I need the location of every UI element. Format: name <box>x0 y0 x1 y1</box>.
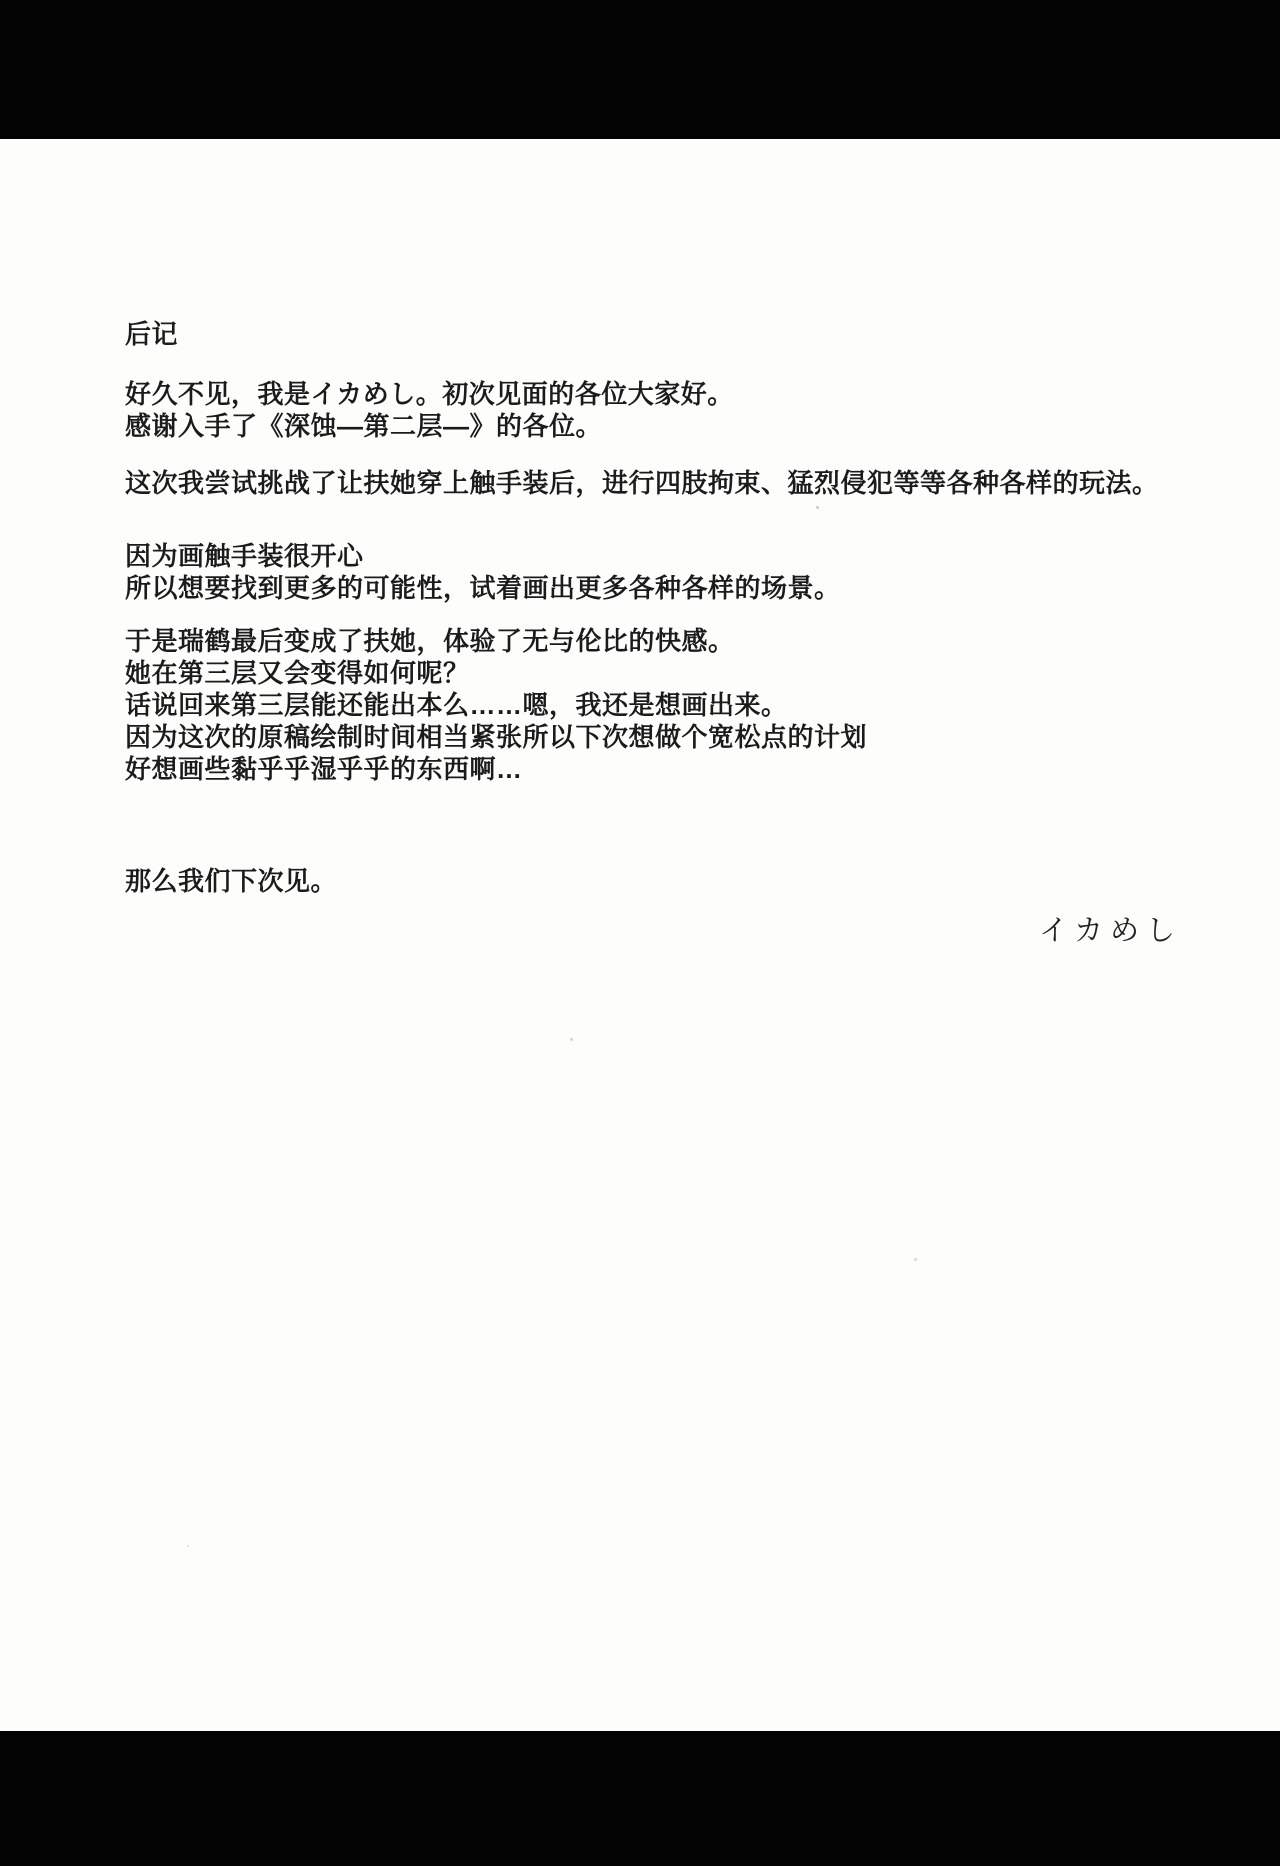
scan-speck <box>187 1545 189 1547</box>
text-line: 好想画些黏乎乎湿乎乎的东西啊… <box>125 753 1165 785</box>
text-line: 因为画触手装很开心 <box>125 540 1165 572</box>
closing-line: 那么我们下次见。 <box>125 865 1165 897</box>
scan-border-bottom <box>0 1731 1280 1866</box>
text-line: 她在第三层又会变得如何呢？ <box>125 657 1165 689</box>
text-line: 话说回来第三层能还能出本么……嗯，我还是想画出来。 <box>125 689 1165 721</box>
afterword-paragraph-theme: 这次我尝试挑战了让扶她穿上触手装后，进行四肢拘束、猛烈侵犯等等各种各样的玩法。 <box>125 467 1165 499</box>
text-line: 这次我尝试挑战了让扶她穿上触手装后，进行四肢拘束、猛烈侵犯等等各种各样的玩法。 <box>125 467 1165 499</box>
afterword-heading: 后记 <box>125 318 1165 350</box>
text-line: 好久不见，我是イカめし。初次见面的各位大家好。 <box>125 378 1165 410</box>
text-line: 于是瑞鹤最后变成了扶她，体验了无与伦比的快感。 <box>125 625 1165 657</box>
afterword-paragraph-fun: 因为画触手装很开心 所以想要找到更多的可能性，试着画出更多各种各样的场景。 <box>125 540 1165 604</box>
text-line: 感谢入手了《深蚀—第二层—》的各位。 <box>125 410 1165 442</box>
afterword-text-column: 后记 好久不见，我是イカめし。初次见面的各位大家好。 感谢入手了《深蚀—第二层—… <box>125 318 1165 897</box>
text-line: 所以想要找到更多的可能性，试着画出更多各种各样的场景。 <box>125 572 1165 604</box>
afterword-paragraph-farewell: 那么我们下次见。 <box>125 865 1165 897</box>
scan-border-top <box>0 0 1280 139</box>
afterword-paragraph-plans: 于是瑞鹤最后变成了扶她，体验了无与伦比的快感。 她在第三层又会变得如何呢？ 话说… <box>125 625 1165 785</box>
scanned-afterword-page: 后记 好久不见，我是イカめし。初次见面的各位大家好。 感谢入手了《深蚀—第二层—… <box>0 0 1280 1866</box>
scan-speck <box>914 1258 917 1261</box>
text-line: 因为这次的原稿绘制时间相当紧张所以下次想做个宽松点的计划 <box>125 721 1165 753</box>
scan-speck <box>570 1038 573 1041</box>
author-signature: イカめし <box>1039 908 1182 949</box>
afterword-paragraph-greeting: 好久不见，我是イカめし。初次见面的各位大家好。 感谢入手了《深蚀—第二层—》的各… <box>125 378 1165 442</box>
